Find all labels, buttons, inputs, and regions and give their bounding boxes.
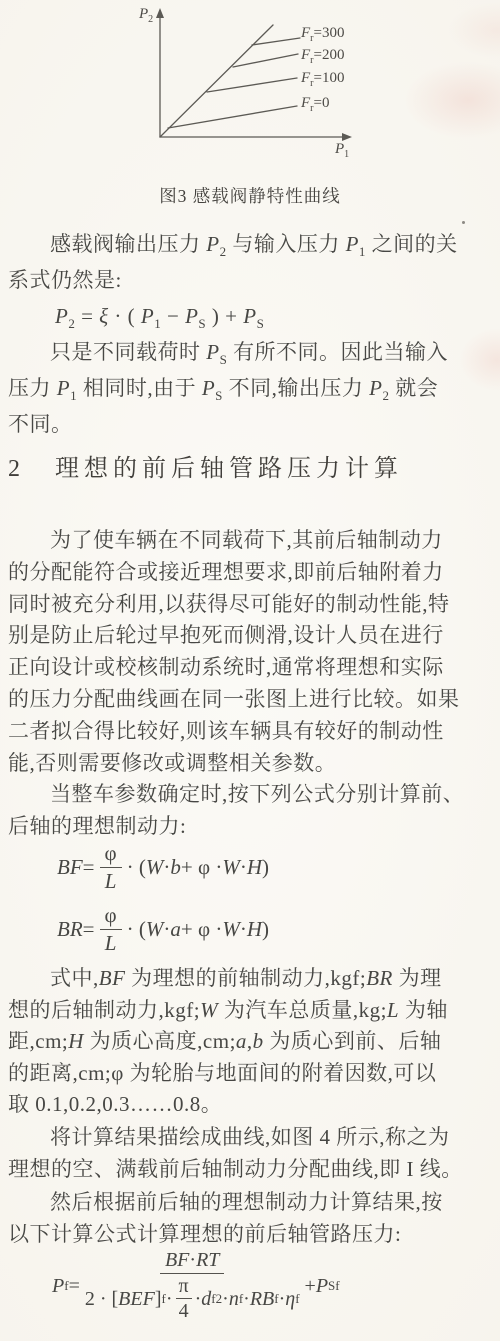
section-number: 2	[8, 456, 55, 483]
paragraph-2: 为了使车辆在不同载荷下,其前后轴制动力 的分配能符合或接近理想要求,即前后轴附着…	[8, 525, 497, 843]
y-axis-label: P2	[139, 6, 153, 23]
scanned-document-page: P2 P1 Fr=300 Fr=200 Fr=100 Fr=0 图3 感载阀静特…	[0, 0, 500, 1341]
text-line: 能,否则需要修改或调整相关参数。	[8, 748, 497, 780]
curve-label-fr100: Fr=100	[301, 70, 344, 87]
text-line: 同时被充分利用,以获得尽可能好的制动性能,特	[8, 589, 497, 621]
text-line: 将计算结果描绘成曲线,如图 4 所示,称之为	[8, 1121, 497, 1153]
curve-label-fr300: Fr=300	[301, 25, 344, 42]
x-axis-arrow-icon	[342, 133, 352, 141]
text-line: 理想的空、满载前后轴制动力分配曲线,即 I 线。	[8, 1153, 497, 1185]
y-axis-arrow-icon	[156, 8, 164, 18]
text-line: 距,cm;H 为质心高度,cm;a,b 为质心到前、后轴	[8, 1026, 497, 1058]
paragraph-3: 式中,BF 为理想的前轴制动力,kgf;BR 为理 想的后轴制动力,kgf;W …	[8, 963, 497, 1121]
text-line: 为了使车辆在不同载荷下,其前后轴制动力	[8, 525, 497, 557]
text-line: 感载阀输出压力 P2 与输入压力 P1 之间的关	[8, 226, 497, 262]
text-line: 当整车参数确定时,按下列公式分别计算前、	[8, 779, 497, 811]
text-line: 式中,BF 为理想的前轴制动力,kgf;BR 为理	[8, 963, 497, 995]
scan-speck	[462, 221, 465, 224]
section-heading: 2理想的前后轴管路压力计算	[8, 448, 497, 483]
text-line: 然后根据前后轴的理想制动力计算结果,按	[8, 1186, 497, 1218]
text-line: 的分配能符合或接近理想要求,即前后轴附着力	[8, 557, 497, 589]
formula-bf: BF = φL · ( W · b + φ · W · H )	[57, 843, 269, 891]
text-line: 不同。	[8, 406, 497, 442]
text-line: 别是防止后轮过早抱死而侧滑,设计人员在进行	[8, 620, 497, 652]
curve-fr-100	[207, 78, 297, 92]
text-line: 正向设计或校核制动系统时,通常将理想和实际	[8, 652, 497, 684]
text-line: 的压力分配曲线画在同一张图上进行比较。如果	[8, 684, 497, 716]
paragraph-1: 感载阀输出压力 P2 与输入压力 P1 之间的关 系式仍然是: P2 = ξ ·…	[8, 226, 497, 442]
text-line: 只是不同载荷时 PS 有所不同。因此当输入	[8, 334, 497, 370]
curve-fr-200	[233, 54, 298, 67]
text-line: 的距离,cm;φ 为轮胎与地面间的附着因数,可以	[8, 1058, 497, 1090]
text-line: 系式仍然是:	[8, 262, 497, 298]
figure-caption: 图3 感载阀静特性曲线	[0, 183, 500, 208]
formula-br: BR = φL · ( W · a + φ · W · H )	[57, 905, 269, 953]
section-title: 理想的前后轴管路压力计算	[55, 456, 403, 482]
formula-pf: Pf = BF · RT2 · [ BEF ]f · π4 · df2 · nf…	[52, 1248, 340, 1324]
text-line: 以下计算公式计算理想的前后轴管路压力:	[8, 1218, 497, 1250]
paragraph-4: 将计算结果描绘成曲线,如图 4 所示,称之为 理想的空、满载前后轴制动力分配曲线…	[8, 1121, 497, 1250]
curve-label-fr0: Fr=0	[301, 95, 329, 112]
text-line: 取 0.1,0.2,0.3……0.8。	[8, 1089, 497, 1121]
formula-ps: P2 = ξ · ( P1 − PS ) + PS	[8, 298, 497, 334]
text-line: 压力 P1 相同时,由于 PS 不同,输出压力 P2 就会	[8, 370, 497, 406]
text-line: 想的后轴制动力,kgf;W 为汽车总质量,kg;L 为轴	[8, 995, 497, 1027]
curve-label-fr200: Fr=200	[301, 47, 344, 64]
x-axis-label: P1	[335, 141, 349, 158]
text-line: 二者拟合得比较好,则该车辆具有较好的制动性	[8, 716, 497, 748]
text-line: 后轴的理想制动力:	[8, 811, 497, 843]
